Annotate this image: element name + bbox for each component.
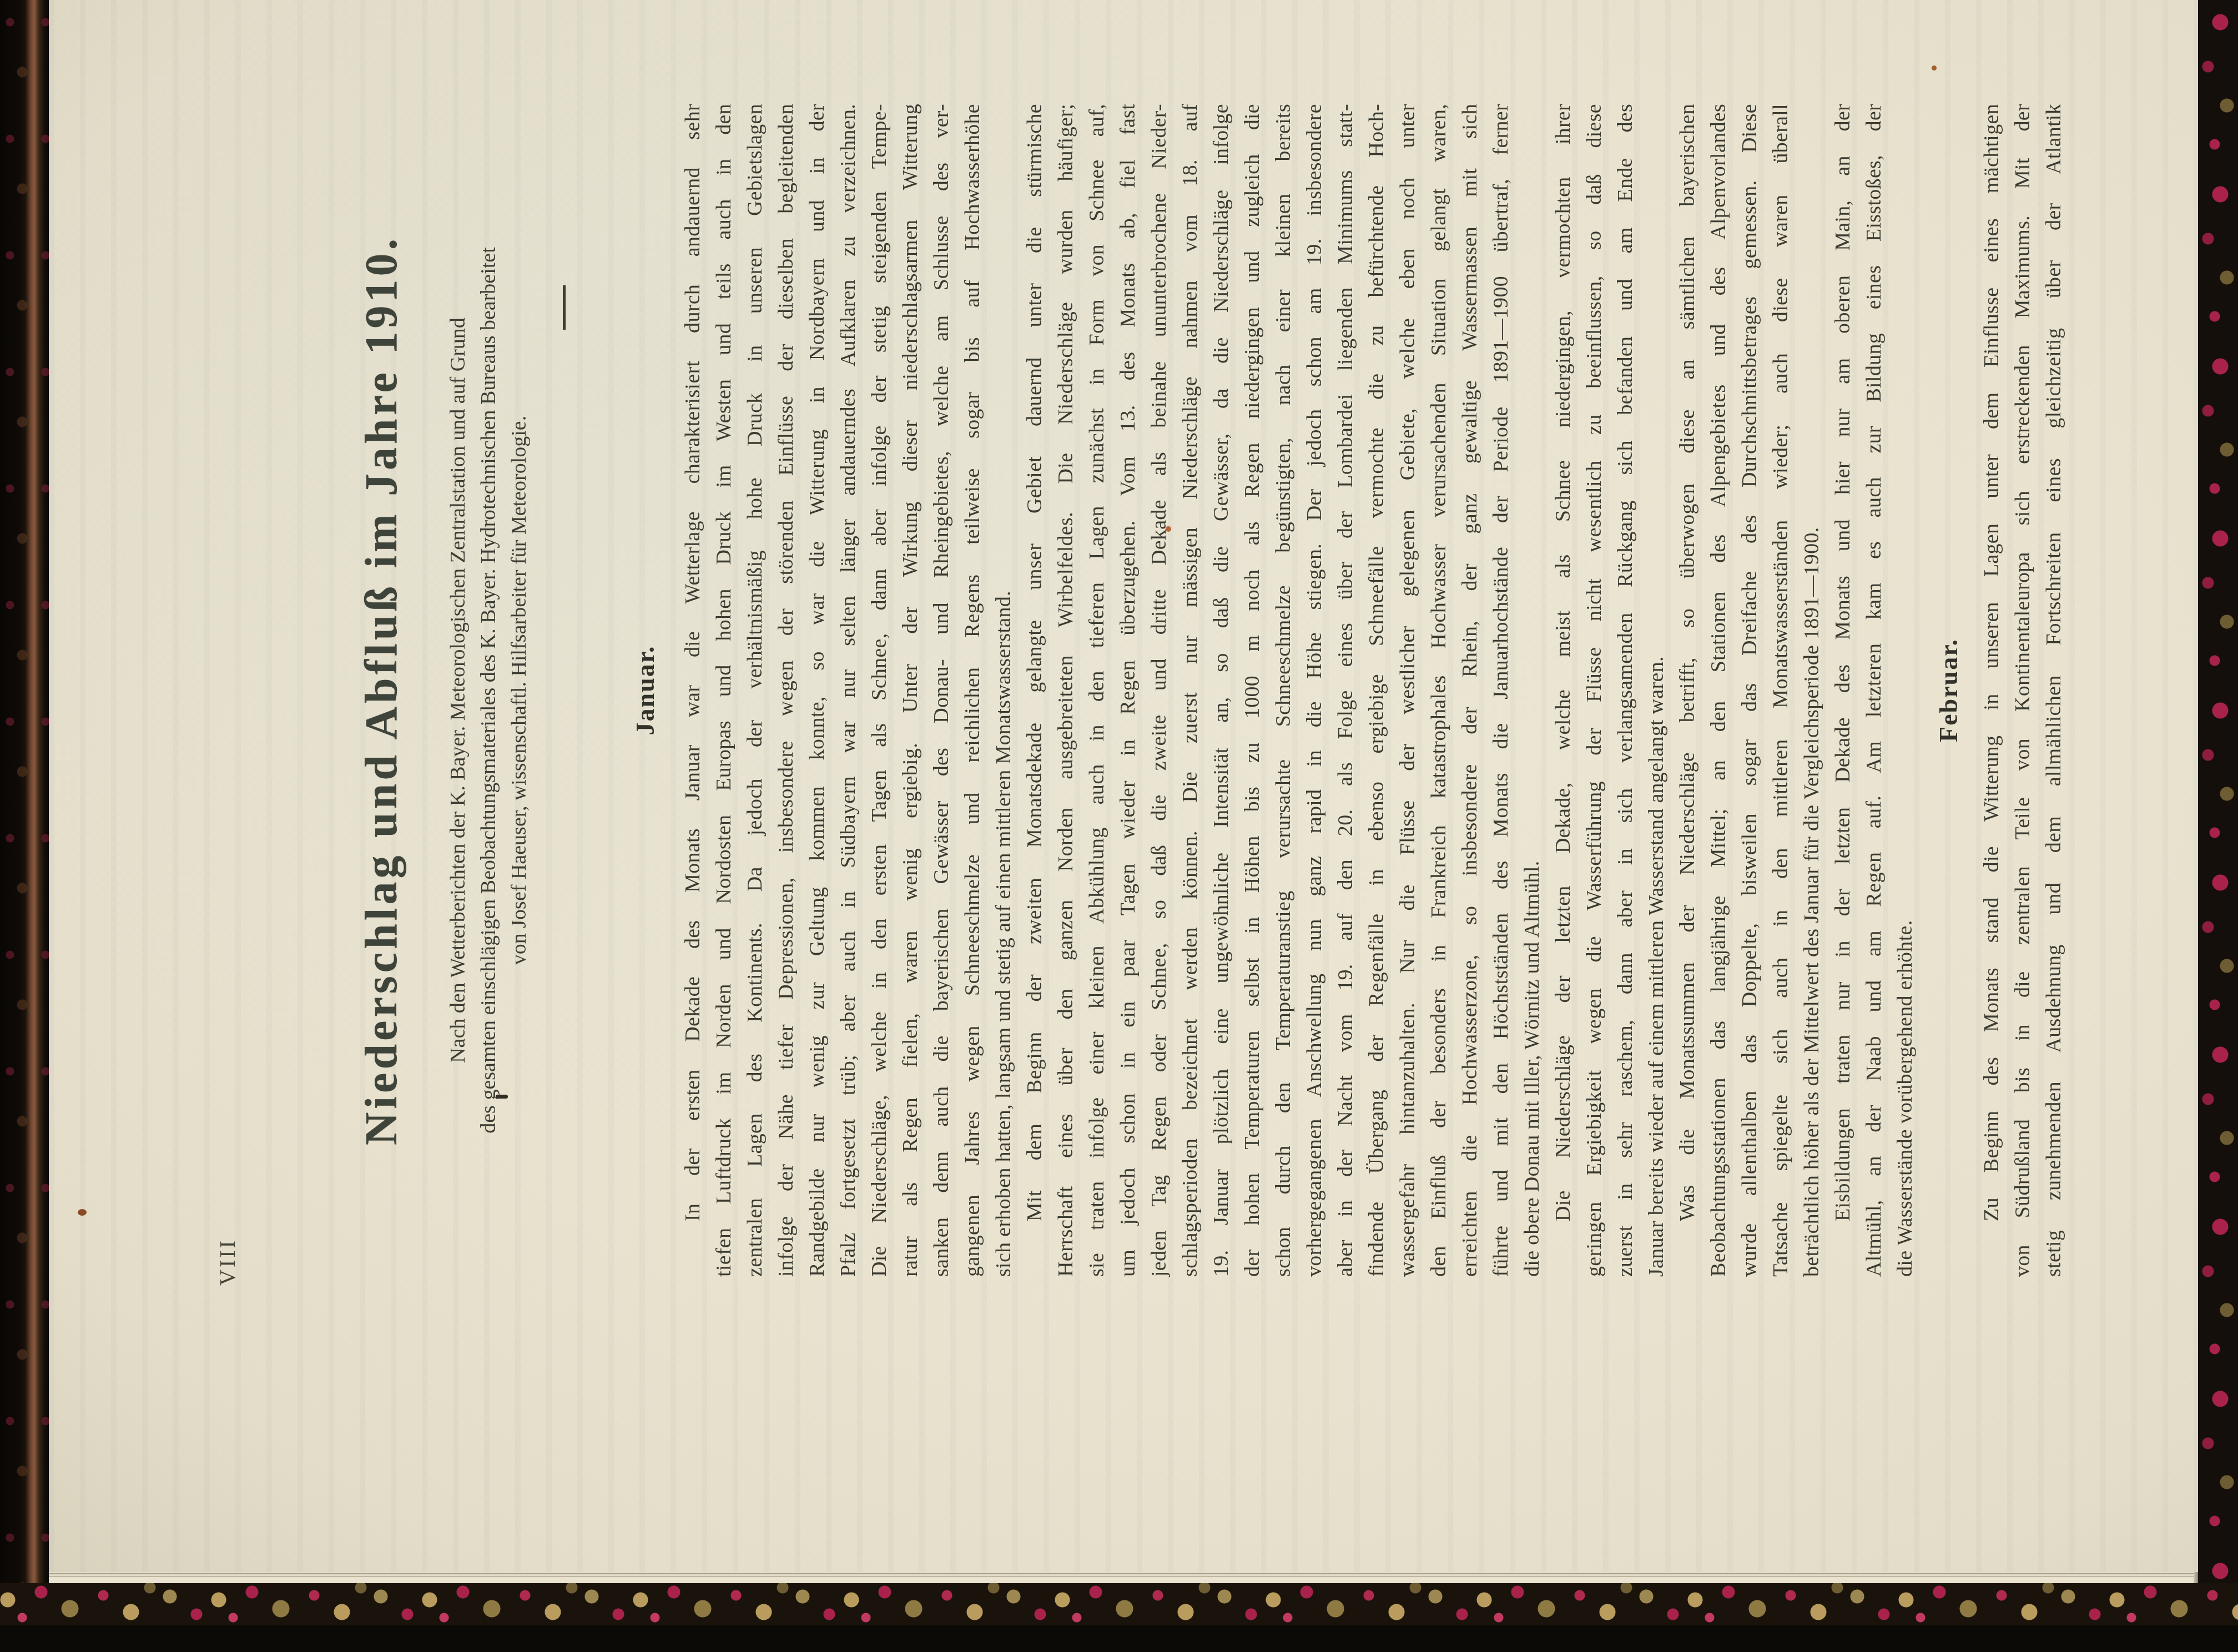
text-line: zentralen Lagen des Kontinents. Da jedoc… xyxy=(739,104,770,1277)
text-line: führte und mit den Höchstständen des Mon… xyxy=(1485,104,1516,1277)
text-line: Die Niederschläge der letzten Dekade, we… xyxy=(1548,104,1579,1277)
text-line: Randgebilde nur wenig zur Geltung kommen… xyxy=(802,104,833,1277)
text-line: Herrschaft eines über den ganzen Norden … xyxy=(1050,104,1081,1277)
text-line: vorhergegangenen Anschwellung nun ganz r… xyxy=(1299,104,1330,1277)
section-heading-februar: Februar. xyxy=(1934,104,1963,1277)
rotated-page-content: VIII Niederschlag und Abfluß im Jahre 19… xyxy=(49,0,2198,1572)
cover-marbling-texture xyxy=(0,0,49,1652)
byline-line: von Josef Haeuser, wissenschaftl. Hilfsa… xyxy=(504,104,535,1277)
book-cover-bottom-marbling xyxy=(0,1583,2238,1625)
text-line: Altmühl, an der Naab und am Regen auf. A… xyxy=(1858,104,1889,1277)
text-line: Tatsache spiegelte sich auch in den mitt… xyxy=(1765,104,1796,1277)
text-line: schon durch den Temperaturanstieg verurs… xyxy=(1268,104,1299,1277)
byline: Nach den Wetterberichten der K. Bayer. M… xyxy=(443,104,535,1277)
text-line: den Einfluß der besonders in Frankreich … xyxy=(1423,104,1454,1277)
text-line: sie traten infolge einer kleinen Abkühlu… xyxy=(1081,104,1112,1277)
text-line: der hohen Temperaturen selbst in Höhen b… xyxy=(1237,104,1268,1277)
book-cover-left-edge xyxy=(0,0,49,1652)
text-line: stetig zunehmenden Ausdehnung und dem al… xyxy=(2038,104,2069,1277)
text-line: aber in der Nacht vom 19. auf den 20. al… xyxy=(1330,104,1361,1277)
text-line: sanken denn auch die bayerischen Gewässe… xyxy=(926,104,957,1277)
text-line: jeden Tag Regen oder Schnee, so daß die … xyxy=(1143,104,1175,1277)
byline-line: Nach den Wetterberichten der K. Bayer. M… xyxy=(443,104,473,1277)
text-line: ratur als Regen fielen, waren wenig ergi… xyxy=(895,104,926,1277)
section-body-februar: Zu Beginn des Monats stand die Witterung… xyxy=(1976,104,2069,1277)
page-stack-edges xyxy=(49,1571,2198,1583)
byline-line: des gesamten einschlägigen Beobachtungsm… xyxy=(473,104,504,1277)
text-block: VIII Niederschlag und Abfluß im Jahre 19… xyxy=(49,104,2198,1277)
text-line: Was die Monatssummen der Niederschläge b… xyxy=(1672,104,1703,1277)
section-heading-januar: Januar. xyxy=(631,104,660,1277)
book-cover-right-marbling xyxy=(2198,0,2238,1583)
text-line: Zu Beginn des Monats stand die Witterung… xyxy=(1976,104,2007,1277)
text-line: wurde allenthalben das Doppelte, bisweil… xyxy=(1734,104,1765,1277)
text-line: zuerst in sehr raschem, dann aber in sic… xyxy=(1610,104,1641,1277)
text-line: tiefen Luftdruck im Norden und Nordosten… xyxy=(708,104,739,1277)
text-line: schlagsperioden bezeichnet werden können… xyxy=(1175,104,1206,1277)
text-line: Die Niederschläge, welche in den ersten … xyxy=(864,104,895,1277)
text-line: geringen Ergiebigkeit wegen die Wasserfü… xyxy=(1579,104,1610,1277)
scanned-book-photo: VIII Niederschlag und Abfluß im Jahre 19… xyxy=(0,0,2238,1652)
text-line: infolge der Nähe tiefer Depressionen, in… xyxy=(770,104,802,1277)
text-line: 19. Januar plötzlich eine ungewöhnliche … xyxy=(1206,104,1237,1277)
text-line: gangenen Jahres wegen Schneeschmelze und… xyxy=(957,104,988,1277)
book-page: VIII Niederschlag und Abfluß im Jahre 19… xyxy=(49,0,2198,1572)
text-line: sich erhoben hatten, langsam und stetig … xyxy=(988,104,1019,1277)
page-title: Niederschlag und Abfluß im Jahre 1910. xyxy=(355,104,407,1277)
text-line: Januar bereits wieder auf einem mittlere… xyxy=(1641,104,1672,1277)
section-body-januar: In der ersten Dekade des Monats Januar w… xyxy=(677,104,1921,1277)
text-line: erreichten die Hochwasserzone, so insbes… xyxy=(1454,104,1485,1277)
text-line: Pfalz fortgesetzt trüb; aber auch in Süd… xyxy=(833,104,864,1277)
divider-rule xyxy=(563,285,566,330)
text-line: Beobachtungsstationen das langjährige Mi… xyxy=(1703,104,1734,1277)
text-line: In der ersten Dekade des Monats Januar w… xyxy=(677,104,708,1277)
text-line: die obere Donau mit Iller, Wörnitz und A… xyxy=(1516,104,1548,1277)
page-number: VIII xyxy=(214,1238,240,1286)
text-line: die Wasserstände vorübergehend erhöhte. xyxy=(1889,104,1921,1277)
text-line: um jedoch schon in ein paar Tagen wieder… xyxy=(1112,104,1143,1277)
text-line: Eisbildungen traten nur in der letzten D… xyxy=(1827,104,1858,1277)
text-line: beträchtlich höher als der Mittelwert de… xyxy=(1796,104,1827,1277)
text-line: wassergefahr hintanzuhalten. Nur die Flü… xyxy=(1392,104,1423,1277)
text-line: findende Übergang der Regenfälle in eben… xyxy=(1361,104,1392,1277)
text-line: von Südrußland bis in die zentralen Teil… xyxy=(2007,104,2038,1277)
book-cover-bottom-board xyxy=(0,1625,2238,1652)
text-line: Mit dem Beginn der zweiten Monatsdekade … xyxy=(1019,104,1050,1277)
